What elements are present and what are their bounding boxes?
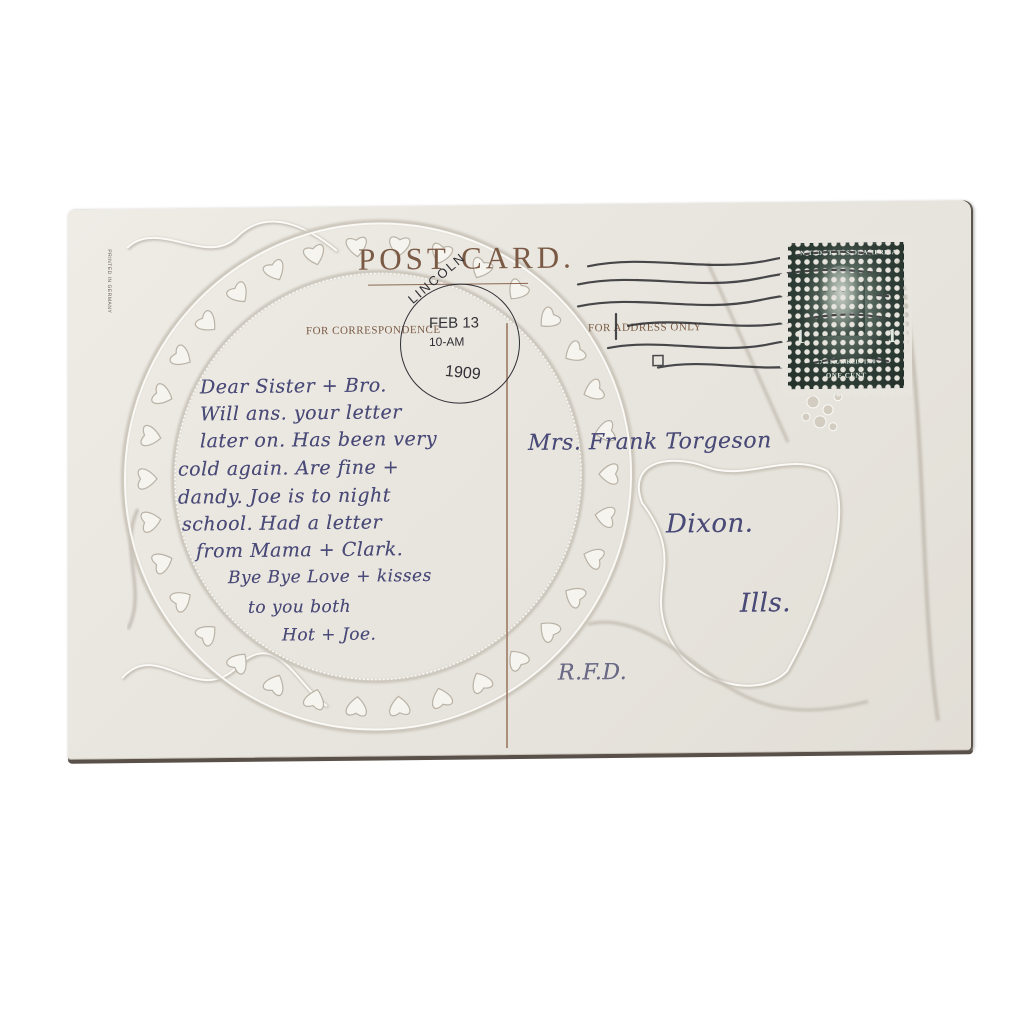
message-line: Will ans. your letter: [200, 402, 510, 424]
message-line: later on. Has been very: [200, 429, 510, 451]
stamp-denomination-right: 1: [887, 325, 897, 348]
stamp-design: UNITED STATES OF AMERICA 1 1 1706 FRANKL…: [788, 242, 904, 389]
message-signature: Hot + Joe.: [282, 624, 592, 644]
message-line: Dear Sister + Bro.: [200, 375, 510, 397]
address-route: R.F.D.: [558, 662, 627, 685]
postcard: PRINTED IN GERMANY POST CARD. FOR CORRES…: [68, 200, 973, 759]
message-line: school. Had a letter: [182, 512, 492, 534]
message-line: from Mama + Clark.: [196, 539, 506, 561]
stamp-denomination-left: 1: [795, 326, 805, 349]
address-city: Dixon.: [666, 511, 754, 538]
stamp-name: 1706 FRANKLIN 1790: [789, 359, 903, 366]
printer-mark: PRINTED IN GERMANY: [106, 249, 112, 313]
message-line: Bye Bye Love + kisses: [228, 567, 538, 587]
address-state: Ills.: [740, 590, 791, 617]
franklin-portrait-icon: [817, 265, 865, 336]
postage-stamp: UNITED STATES OF AMERICA 1 1 1706 FRANKL…: [780, 234, 912, 397]
message-line: cold again. Are fine +: [178, 457, 488, 479]
message-line: to you both: [248, 597, 558, 617]
postmark-time: 10-AM: [429, 335, 464, 349]
address-name: Mrs. Frank Torgeson: [528, 430, 772, 455]
stamp-value: ONE CENT: [789, 371, 903, 380]
message-line: dandy. Joe is to night: [178, 485, 488, 507]
stamp-country: UNITED STATES OF AMERICA: [789, 249, 903, 257]
postmark-date: FEB 13: [429, 314, 479, 332]
